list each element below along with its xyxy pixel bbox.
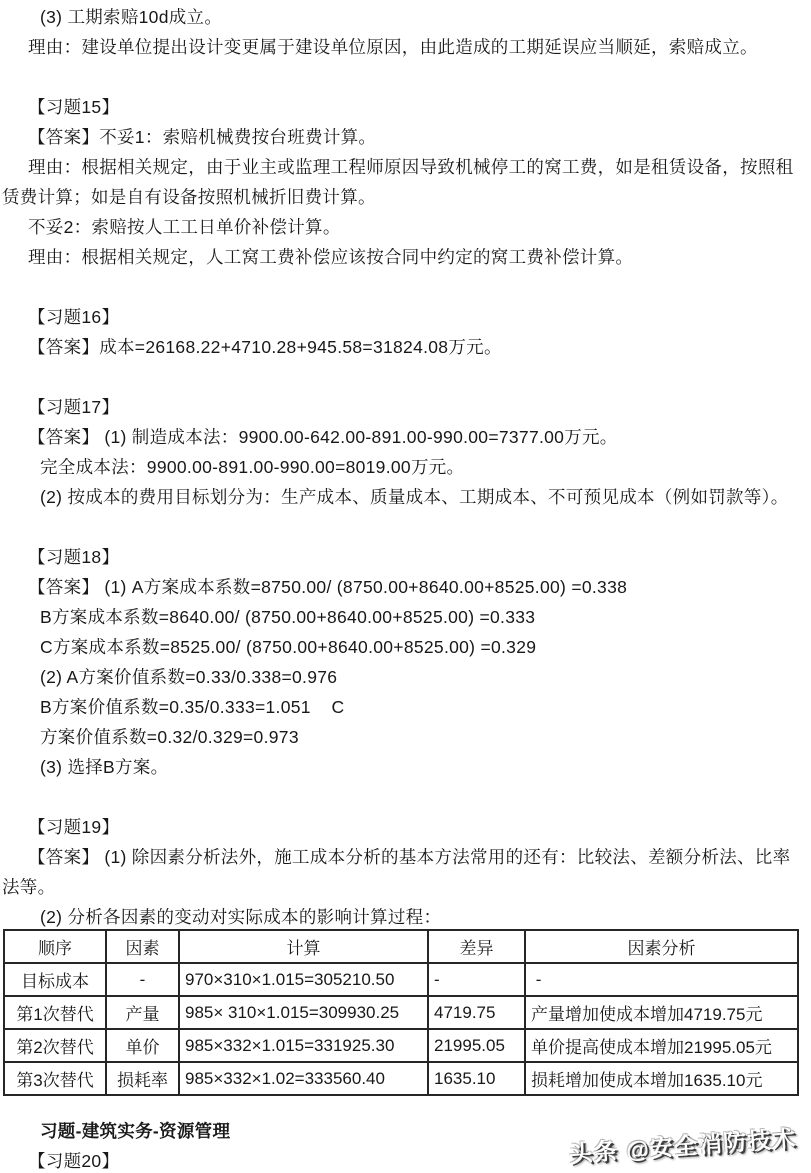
blank-line — [0, 272, 811, 302]
table-cell: - — [428, 963, 525, 996]
text-line: 【习题18】 — [0, 542, 811, 572]
text-line: 【答案】不妥1：索赔机械费按台班费计算。 — [0, 122, 811, 152]
table-header-row: 顺序因素计算差异因素分析 — [4, 930, 798, 963]
document-lines: (3) 工期索赔10d成立。理由：建设单位提出设计变更属于建设单位原因，由此造成… — [0, 2, 811, 932]
table-cell: 985×332×1.02=333560.40 — [179, 1062, 428, 1095]
text-line: 【答案】 (1) A方案成本系数=8750.00/ (8750.00+8640.… — [0, 572, 811, 602]
table-row: 第1次替代产量985× 310×1.015=309930.254719.75产量… — [4, 996, 798, 1029]
table-header-cell: 差异 — [428, 930, 525, 963]
table-cell: 985× 310×1.015=309930.25 — [179, 996, 428, 1029]
factor-analysis-table: 顺序因素计算差异因素分析 目标成本-970×310×1.015=305210.5… — [3, 929, 799, 1096]
table-cell: 损耗率 — [106, 1062, 179, 1095]
table-cell: 第1次替代 — [4, 996, 106, 1029]
table-row: 第3次替代损耗率985×332×1.02=333560.401635.10损耗增… — [4, 1062, 798, 1095]
table-cell: 产量 — [106, 996, 179, 1029]
table-row: 顺序因素计算差异因素分析 — [4, 930, 798, 963]
text-line: 【答案】成本=26168.22+4710.28+945.58=31824.08万… — [0, 332, 811, 362]
table-cell: 第2次替代 — [4, 1029, 106, 1062]
table-cell: 21995.05 — [428, 1029, 525, 1062]
table-header-cell: 顺序 — [4, 930, 106, 963]
table-cell: 产量增加使成本增加4719.75元 — [525, 996, 798, 1029]
table-header-cell: 因素分析 — [525, 930, 798, 963]
text-line: B方案成本系数=8640.00/ (8750.00+8640.00+8525.0… — [0, 602, 811, 632]
blank-line — [0, 782, 811, 812]
text-line: 【答案】 (1) 制造成本法：9900.00-642.00-891.00-990… — [0, 422, 811, 452]
text-line: 【习题17】 — [0, 392, 811, 422]
text-line: 理由：根据相关规定，人工窝工费补偿应该按合同中约定的窝工费补偿计算。 — [0, 242, 811, 272]
table-cell: 4719.75 — [428, 996, 525, 1029]
table-row: 目标成本-970×310×1.015=305210.50- - — [4, 963, 798, 996]
text-line: 不妥2：索赔按人工工日单价补偿计算。 — [0, 212, 811, 242]
table-header-cell: 因素 — [106, 930, 179, 963]
table-header-cell: 计算 — [179, 930, 428, 963]
text-line: 理由：建设单位提出设计变更属于建设单位原因，由此造成的工期延误应当顺延，索赔成立… — [0, 32, 811, 62]
text-line: 方案价值系数=0.32/0.329=0.973 — [0, 722, 811, 752]
text-line: 【习题19】 — [0, 812, 811, 842]
text-line: 法等。 — [0, 872, 811, 902]
table-cell: 970×310×1.015=305210.50 — [179, 963, 428, 996]
table-cell: 单价 — [106, 1029, 179, 1062]
text-line: (3) 选择B方案。 — [0, 752, 811, 782]
text-line: (3) 工期索赔10d成立。 — [0, 2, 811, 32]
table-cell: 1635.10 — [428, 1062, 525, 1095]
text-line: 赁费计算；如是自有设备按照机械折旧费计算。 — [0, 182, 811, 212]
table-cell: - — [525, 963, 798, 996]
table-cell: 损耗增加使成本增加1635.10元 — [525, 1062, 798, 1095]
text-line: C方案成本系数=8525.00/ (8750.00+8640.00+8525.0… — [0, 632, 811, 662]
table-cell: 985×332×1.015=331925.30 — [179, 1029, 428, 1062]
text-line: (2) A方案价值系数=0.33/0.338=0.976 — [0, 662, 811, 692]
blank-line — [0, 62, 811, 92]
text-line: B方案价值系数=0.35/0.333=1.051 C — [0, 692, 811, 722]
table-row: 第2次替代单价985×332×1.015=331925.3021995.05单价… — [4, 1029, 798, 1062]
table-cell: 第3次替代 — [4, 1062, 106, 1095]
table-body: 目标成本-970×310×1.015=305210.50- -第1次替代产量98… — [4, 963, 798, 1095]
table-cell: 目标成本 — [4, 963, 106, 996]
table-cell: - — [106, 963, 179, 996]
document-page: (3) 工期索赔10d成立。理由：建设单位提出设计变更属于建设单位原因，由此造成… — [0, 0, 811, 1173]
text-line: 【习题15】 — [0, 92, 811, 122]
text-line: 【习题16】 — [0, 302, 811, 332]
blank-line — [0, 512, 811, 542]
text-line: 理由：根据相关规定，由于业主或监理工程师原因导致机械停工的窝工费，如是租赁设备，… — [0, 152, 811, 182]
table-cell: 单价提高使成本增加21995.05元 — [525, 1029, 798, 1062]
text-line: 完全成本法：9900.00-891.00-990.00=8019.00万元。 — [0, 452, 811, 482]
text-line: 【答案】 (1) 除因素分析法外，施工成本分析的基本方法常用的还有：比较法、差额… — [0, 842, 811, 872]
blank-line — [0, 362, 811, 392]
text-line: (2) 分析各因素的变动对实际成本的影响计算过程： — [0, 902, 811, 932]
text-line: (2) 按成本的费用目标划分为：生产成本、质量成本、工期成本、不可预见成本（例如… — [0, 482, 811, 512]
